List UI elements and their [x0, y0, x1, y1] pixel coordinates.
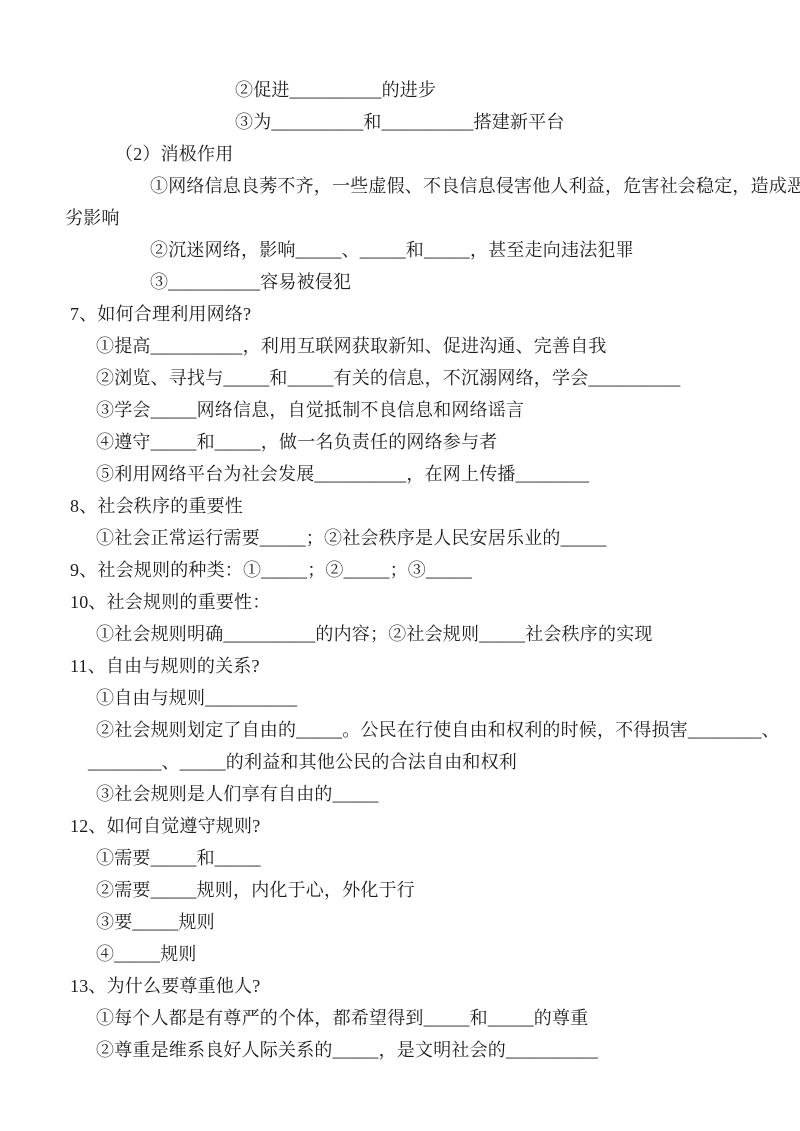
q11-item-3: ③社会规则是人们享有自由的_____ — [96, 778, 756, 810]
worksheet-page: ②促进__________的进步 ③为__________和__________… — [0, 0, 800, 1131]
q12-item-4: ④_____规则 — [96, 938, 756, 970]
q7-item-4: ④遵守_____和_____，做一名负责任的网络参与者 — [96, 426, 756, 458]
question-13-title: 13、为什么要尊重他人? — [70, 970, 756, 1002]
q7-item-2: ②浏览、寻找与_____和_____有关的信息，不沉溺网络，学会________… — [96, 362, 756, 394]
q7-item-5: ⑤利用网络平台为社会发展__________，在网上传播________ — [96, 458, 756, 490]
positive-effect-item-3: ③为__________和__________搭建新平台 — [235, 106, 756, 138]
positive-effect-item-2: ②促进__________的进步 — [235, 74, 756, 106]
q7-item-3: ③学会_____网络信息，自觉抵制不良信息和网络谣言 — [96, 394, 756, 426]
question-12-title: 12、如何自觉遵守规则? — [70, 810, 756, 842]
q8-items: ①社会正常运行需要_____；②社会秩序是人民安居乐业的_____ — [96, 522, 756, 554]
q11-item-1: ①自由与规则__________ — [96, 682, 756, 714]
negative-effect-item-1: ①网络信息良莠不齐，一些虚假、不良信息侵害他人利益，危害社会稳定，造成恶 — [150, 170, 756, 202]
q13-item-2: ②尊重是维系良好人际关系的_____，是文明社会的__________ — [96, 1034, 756, 1066]
negative-effect-item-1-cont: 劣影响 — [65, 202, 756, 234]
q13-item-1: ①每个人都是有尊严的个体，都希望得到_____和_____的尊重 — [96, 1002, 756, 1034]
negative-effect-item-2: ②沉迷网络，影响_____、_____和_____，甚至走向违法犯罪 — [150, 234, 756, 266]
question-10-title: 10、社会规则的重要性： — [70, 586, 756, 618]
q10-items: ①社会规则明确__________的内容；②社会规则_____社会秩序的实现 — [96, 618, 756, 650]
q12-item-2: ②需要_____规则，内化于心，外化于行 — [96, 874, 756, 906]
question-8-title: 8、社会秩序的重要性 — [70, 490, 756, 522]
question-7-title: 7、如何合理利用网络? — [70, 298, 756, 330]
q11-item-2-cont: ________、_____的利益和其他公民的合法自由和权利 — [88, 746, 756, 778]
q11-item-2: ②社会规则划定了自由的_____。公民在行使自由和权利的时候，不得损害_____… — [96, 714, 756, 746]
negative-effect-item-3: ③__________容易被侵犯 — [150, 266, 756, 298]
q7-item-1: ①提高__________，利用互联网获取新知、促进沟通、完善自我 — [96, 330, 756, 362]
question-11-title: 11、自由与规则的关系? — [70, 650, 756, 682]
q12-item-3: ③要_____规则 — [96, 906, 756, 938]
negative-effects-heading: （2）消极作用 — [115, 138, 756, 170]
question-9: 9、社会规则的种类：①_____；②_____；③_____ — [70, 554, 756, 586]
q12-item-1: ①需要_____和_____ — [96, 842, 756, 874]
